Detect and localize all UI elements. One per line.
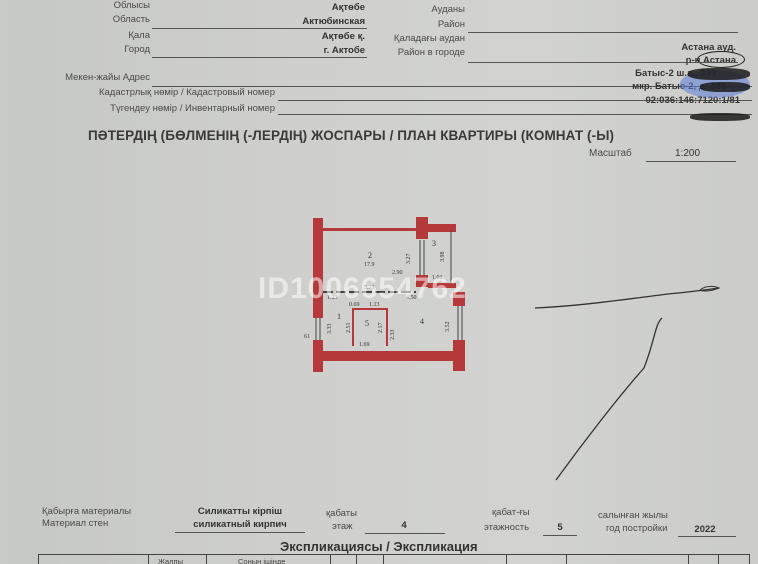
room-2-number: 2 — [368, 251, 372, 260]
year-label-kz: салынған жылы — [598, 510, 668, 521]
year-value: 2022 — [680, 524, 730, 535]
svg-text:3.98: 3.98 — [440, 252, 446, 263]
wall-material-label-ru: Материал стен — [42, 518, 108, 529]
floor-value: 4 — [365, 520, 443, 531]
svg-text:3.33: 3.33 — [327, 324, 333, 335]
svg-text:4: 4 — [420, 317, 424, 326]
year-label-ru: год постройки — [606, 523, 667, 534]
svg-text:3.27: 3.27 — [406, 254, 412, 265]
svg-text:2.33: 2.33 — [390, 330, 396, 341]
explication-table: Жалпы Соның ішінде — [38, 554, 750, 564]
floors-value: 5 — [545, 522, 575, 533]
wall-underline — [175, 532, 305, 533]
floors-label-ru: этажность — [484, 522, 529, 533]
table-header-including: Соның ішінде — [238, 557, 285, 564]
wall-material-label-kz: Қабырға материалы — [42, 506, 131, 517]
svg-text:5: 5 — [365, 319, 369, 328]
floor-label-kz: қабаты — [326, 508, 357, 519]
year-underline — [678, 536, 736, 537]
wall-material-value-kz: Силикатты кірпіш — [180, 506, 300, 517]
table-header-total: Жалпы — [158, 557, 183, 564]
explication-title: Экспликациясы / Экспликация — [280, 539, 478, 554]
pen-stroke — [535, 288, 719, 308]
floors-label-kz: қабат-ғы — [492, 507, 530, 518]
floors-underline — [543, 535, 577, 536]
svg-text:3.52: 3.52 — [445, 322, 451, 333]
wall-material-value-ru: силикатный кирпич — [180, 519, 300, 530]
svg-text:2.51: 2.51 — [346, 323, 352, 334]
svg-text:61: 61 — [304, 334, 310, 340]
svg-text:3: 3 — [432, 239, 436, 248]
svg-text:1.69: 1.69 — [359, 342, 370, 348]
svg-text:1: 1 — [337, 312, 341, 321]
pen-stroke — [556, 318, 662, 480]
floor-underline — [365, 533, 445, 534]
watermark: ID1006654762 — [258, 272, 467, 306]
floor-label-ru: этаж — [332, 521, 353, 532]
svg-text:2.17: 2.17 — [378, 323, 384, 334]
svg-text:17.9: 17.9 — [364, 262, 375, 268]
